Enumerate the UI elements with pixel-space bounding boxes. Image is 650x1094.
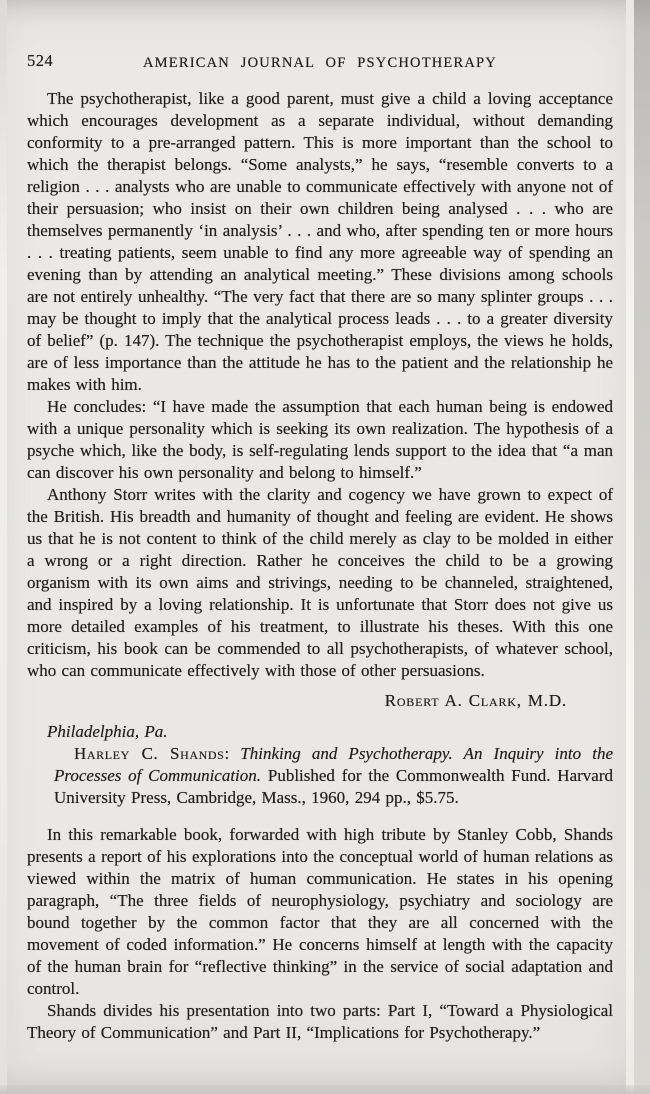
paragraph: In this remarkable book, forwarded with … — [27, 824, 613, 1000]
scan-gutter — [634, 0, 650, 1094]
shands-review-section: Harley C. Shands: Thinking and Psychothe… — [27, 743, 613, 1044]
journal-page-scan: 524 AMERICAN JOURNAL OF PSYCHOTHERAPY Th… — [0, 0, 628, 1094]
paragraph: The psychotherapist, like a good parent,… — [27, 88, 613, 396]
book-citation: Harley C. Shands: Thinking and Psychothe… — [27, 743, 613, 809]
paragraph: He concludes: “I have made the assumptio… — [27, 396, 613, 484]
storr-review-section: The psychotherapist, like a good parent,… — [27, 88, 613, 743]
page-content: 524 AMERICAN JOURNAL OF PSYCHOTHERAPY Th… — [27, 50, 613, 1044]
scan-bottom-edge — [0, 1085, 650, 1094]
citation-author: Harley C. Shands — [74, 744, 224, 763]
journal-title: AMERICAN JOURNAL OF PSYCHOTHERAPY — [27, 50, 613, 74]
citation-separator: : — [224, 744, 229, 763]
running-header: 524 AMERICAN JOURNAL OF PSYCHOTHERAPY — [27, 50, 613, 72]
page-left-edge — [0, 0, 7, 1094]
reviewer-location: Philadelphia, Pa. — [47, 721, 613, 743]
paragraph: Anthony Storr writes with the clarity an… — [27, 484, 613, 682]
page-number: 524 — [27, 50, 53, 72]
reviewer-signature: Robert A. Clark, M.D. — [27, 690, 613, 712]
page-right-edge-highlight — [626, 0, 634, 1094]
paragraph: Shands divides his presentation into two… — [27, 1000, 613, 1044]
